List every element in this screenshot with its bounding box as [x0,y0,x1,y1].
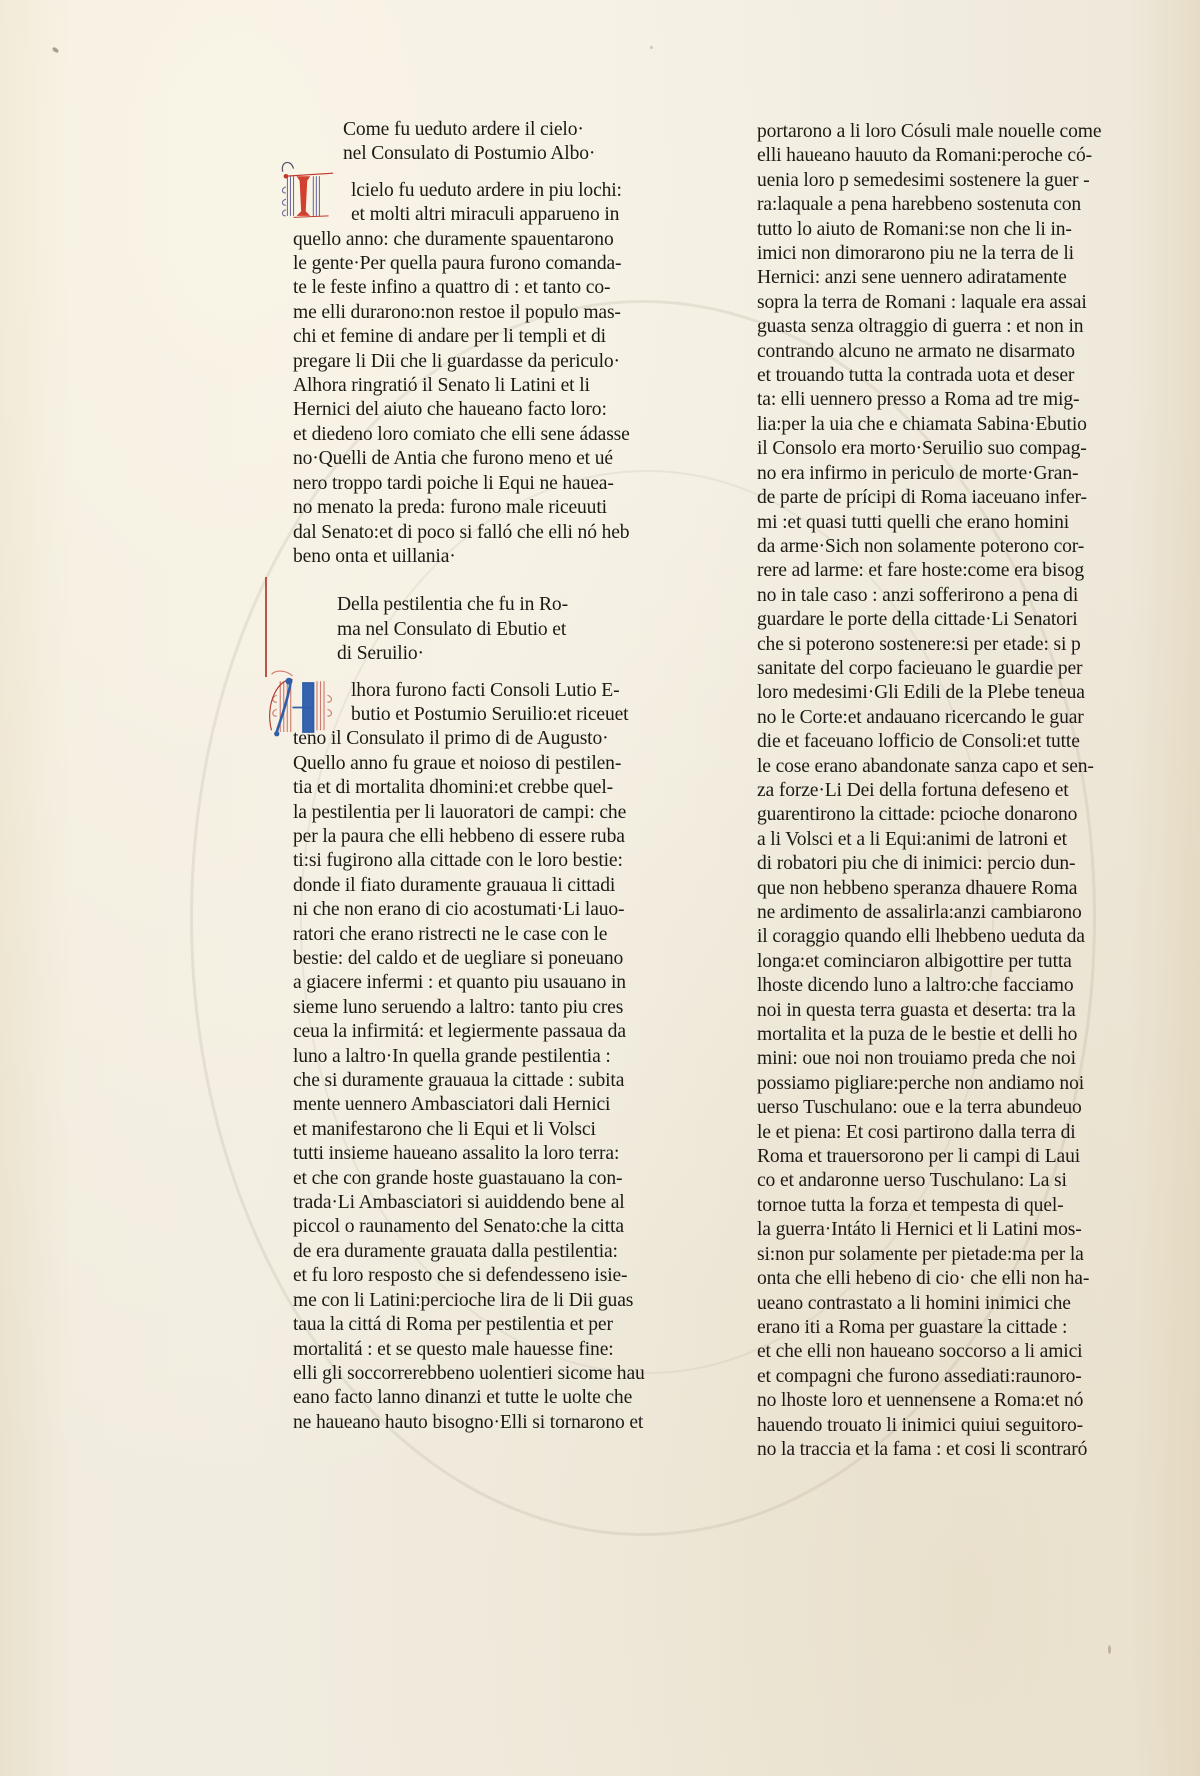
text-line: lhora furono facti Consoli Lutio E- [293,679,653,703]
text-line: no la traccia et la fama : et cosi li sc… [757,1438,1129,1462]
paper-speck [650,46,653,49]
text-line: mini: oue noi non trouiamo preda che noi [757,1047,1129,1071]
text-line: a giacere infermi : et quanto piu usauan… [293,971,653,995]
text-line: ne haueano hauto bisogno·Elli si tornaro… [293,1411,653,1435]
text-line: co et andaronne uerso Tuschulano: La si [757,1169,1129,1193]
text-line: Hernici: anzi sene uennero adiratamente [757,266,1129,290]
text-line: quello anno: che duramente spauentarono [293,228,653,252]
text-line: no in tale caso : anzi sofferirono a pen… [757,584,1129,608]
text-line: ti:si fugirono alla cittade con le loro … [293,849,653,873]
text-line: lia:per la uia che e chiamata Sabina·Ebu… [757,413,1129,437]
text-line: tornoe tutta la forza et tempesta di que… [757,1194,1129,1218]
text-line: guasta senza oltraggio di guerra : et no… [757,315,1129,339]
text-line: noi in questa terra guasta et deserta: t… [757,999,1129,1023]
text-line: rere ad larme: et fare hoste:come era bi… [757,559,1129,583]
text-line: ne ardimento de assalirla:anzi cambiaron… [757,901,1129,925]
chapter-body-1: lcielo fu ueduto ardere in piu lochi: et… [293,179,653,570]
text-line: sieme luno seruendo a laltro: tanto piu … [293,996,653,1020]
text-line: et diedeno loro comiato che elli sene ád… [293,423,653,447]
text-line: elli haueano hauuto da Romani:peroche có… [757,144,1129,168]
text-line: erano iti a Roma per guastare la cittade… [757,1316,1129,1340]
text-line: no lhoste loro et uennensene a Roma:et n… [757,1389,1129,1413]
illuminated-initial-a-icon [263,669,343,739]
text-line: elli gli soccorrerebbeno uolentieri sico… [293,1362,653,1386]
illuminated-initial-i-icon [271,161,345,225]
heading-line: Come fu ueduto ardere il cielo· [293,118,653,142]
text-line: et manifestarono che li Equi et li Volsc… [293,1118,653,1142]
text-line: piccol o raunamento del Senato:che la ci… [293,1215,653,1239]
text-line: di robatori piu che di inimici: percio d… [757,852,1129,876]
text-line: ueano contrastato a li homini inimici ch… [757,1292,1129,1316]
text-line: contrando alcuno ne armato ne disarmato [757,340,1129,364]
text-line: et che elli non haueano soccorso a li am… [757,1340,1129,1364]
text-line: sanitate del corpo facieuano le guardie … [757,657,1129,681]
chapter-heading-1: Come fu ueduto ardere il cielo· nel Cons… [293,118,653,167]
heading-line: nel Consulato di Postumio Albo· [293,142,653,166]
text-line: guarentirono la cittade: pcioche donaron… [757,803,1129,827]
text-line: et molti altri miraculi apparueno in [293,203,653,227]
right-column: portarono a li loro Cósuli male nouelle … [757,120,1129,1462]
text-line: onta che elli hebeno di cio· che elli no… [757,1267,1129,1291]
text-line: le et piena: Et cosi partirono dalla ter… [757,1121,1129,1145]
text-line: la pestilentia per li lauoratori de camp… [293,801,653,825]
text-line: ni che non erano di cio acostumati·Li la… [293,898,653,922]
text-line: trada·Li Ambasciatori si auiddendo bene … [293,1191,653,1215]
text-line: et che con grande hoste guastauano la co… [293,1167,653,1191]
text-line: il Consolo era morto·Seruilio suo compag… [757,437,1129,461]
text-line: tutto lo aiuto de Romani:se non che li i… [757,218,1129,242]
text-line: tia et di mortalita dhomini:et crebbe qu… [293,776,653,800]
heading-line: Della pestilentia che fu in Ro- [293,593,653,617]
text-line: beno onta et uillania· [293,545,653,569]
paper-speck [51,46,59,53]
text-line: no menato la preda: furono male riceuuti [293,496,653,520]
text-line: donde il fiato duramente grauaua li citt… [293,874,653,898]
text-line: Quello anno fu graue et noioso di pestil… [293,752,653,776]
text-line: Hernici del aiuto che haueano facto loro… [293,398,653,422]
text-line: taua la cittá di Roma per pestilentia et… [293,1313,653,1337]
left-column: Come fu ueduto ardere il cielo· nel Cons… [293,118,653,1435]
text-line: da arme·Sich non solamente poterono cor- [757,535,1129,559]
text-line: no·Quelli de Antia che furono meno et ué [293,447,653,471]
text-line: uenia loro p semedesimi sostenere la gue… [757,169,1129,193]
text-line: a li Volsci et a li Equi:animi de latron… [757,828,1129,852]
text-line: Roma et trauersorono per li campi di Lau… [757,1145,1129,1169]
text-line: uerso Tuschulano: oue e la terra abundeu… [757,1096,1129,1120]
text-line: mi :et quasi tutti quelli che erano homi… [757,511,1129,535]
text-line: Alhora ringratió il Senato li Latini et … [293,374,653,398]
text-line: et trouando tutta la contrada uota et de… [757,364,1129,388]
text-line: me elli durarono:non restoe il populo ma… [293,301,653,325]
text-line: si:non pur solamente per pietade:ma per … [757,1243,1129,1267]
text-line: le cose erano abandonate sanza capo et s… [757,755,1129,779]
chapter-body-2: lhora furono facti Consoli Lutio E- buti… [293,679,653,1436]
text-line: il coraggio quando elli lhebbeno ueduta … [757,925,1129,949]
text-line: ra:laquale a pena harebbeno sostenuta co… [757,193,1129,217]
heading-line: di Seruilio· [293,642,653,666]
text-line: ceua la infirmitá: et legiermente passau… [293,1020,653,1044]
text-line: portarono a li loro Cósuli male nouelle … [757,120,1129,144]
rubric-marginal-stroke [265,577,267,677]
chapter-section-2: Della pestilentia che fu in Ro- ma nel C… [293,593,653,1435]
text-line: per la paura che elli hebbeno di essere … [293,825,653,849]
text-line: ratori che erano ristrecti ne le case co… [293,923,653,947]
text-line: guardare le porte della cittade·Li Senat… [757,608,1129,632]
text-line: eano facto lanno dinanzi et tutte le uol… [293,1386,653,1410]
text-line: le gente·Per quella paura furono comanda… [293,252,653,276]
text-line: za forze·Li Dei della fortuna defeseno e… [757,779,1129,803]
text-line: chi et femine di andare per li templi et… [293,325,653,349]
text-line: tutti insieme haueano assalito la loro t… [293,1142,653,1166]
text-line: imici non dimorarono piu ne la terra de … [757,242,1129,266]
chapter-heading-2: Della pestilentia che fu in Ro- ma nel C… [293,593,653,666]
manuscript-page: Come fu ueduto ardere il cielo· nel Cons… [0,0,1200,1776]
text-line: possiamo pigliare:perche non andiamo noi [757,1072,1129,1096]
text-line: lcielo fu ueduto ardere in piu lochi: [293,179,653,203]
text-line: de era duramente grauata dalla pestilent… [293,1240,653,1264]
text-line: sopra la terra de Romani : laquale era a… [757,291,1129,315]
text-line: et compagni che furono assediati:raunoro… [757,1365,1129,1389]
text-line: nero troppo tardi poiche li Equi ne haue… [293,472,653,496]
text-line: luno a laltro·In quella grande pestilent… [293,1045,653,1069]
text-line: te le feste infino a quattro di : et tan… [293,276,653,300]
text-line: hauendo trouato li inimici quiui seguito… [757,1414,1129,1438]
text-line: de parte de prícipi di Roma iaceuano inf… [757,486,1129,510]
text-line: che si poterono sostenere:si per etade: … [757,633,1129,657]
text-line: dal Senato:et di poco si falló che elli … [293,521,653,545]
text-line: et fu loro resposto che si defendesseno … [293,1264,653,1288]
text-line: mortalita et la puza de le bestie et del… [757,1023,1129,1047]
text-line: no le Corte:et andauano ricercando le gu… [757,706,1129,730]
text-line: ta: elli uennero presso a Roma ad tre mi… [757,388,1129,412]
text-line: lhoste dicendo luno a laltro:che facciam… [757,974,1129,998]
text-line: longa:et cominciaron albigottire per tut… [757,950,1129,974]
text-line: la guerra·Intáto li Hernici et li Latini… [757,1218,1129,1242]
text-line: che si duramente grauaua la cittade : su… [293,1069,653,1093]
text-line: mortalitá : et se questo male hauesse fi… [293,1338,653,1362]
text-line: die et faceuano lofficio de Consoli:et t… [757,730,1129,754]
text-line: loro medesimi·Gli Edili de la Plebe tene… [757,681,1129,705]
paper-speck [1108,1645,1111,1654]
text-line: mente uennero Ambasciatori dali Hernici [293,1093,653,1117]
text-line: butio et Postumio Seruilio:et riceuet [293,703,653,727]
text-line: me con li Latini:percioche lira de li Di… [293,1289,653,1313]
heading-line: ma nel Consulato di Ebutio et [293,618,653,642]
text-line: que non hebbeno speranza dhauere Roma [757,877,1129,901]
text-line: bestie: del caldo et de uegliare si pone… [293,947,653,971]
chapter-section-1: Come fu ueduto ardere il cielo· nel Cons… [293,118,653,569]
text-line: teno il Consulato il primo di de Augusto… [293,727,653,751]
text-line: no era infirmo in periculo de morte·Gran… [757,462,1129,486]
text-line: pregare li Dii che li guardasse da peric… [293,350,653,374]
